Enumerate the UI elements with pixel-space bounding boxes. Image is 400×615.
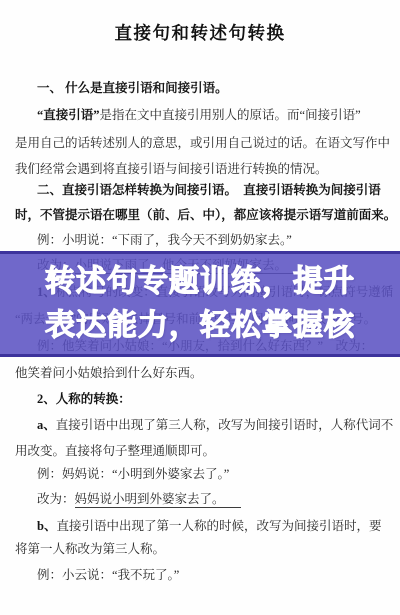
rule2a-letter: a、 bbox=[37, 418, 56, 432]
section2-heading-text: 时，不管提示语在哪里（前、后、中），都应该将提示语写道前面来。 bbox=[15, 208, 396, 222]
section2-heading: 二、直接引语怎样转换为间接引语。 直接引语转换为间接引语 bbox=[15, 177, 381, 203]
banner-caption: 转述句专题训练，提升 表达能力，轻松掌握核 bbox=[0, 254, 400, 348]
doc-line: 是用自己的话转述别人的意思，或引用自己说过的话。在语文写作中 bbox=[15, 130, 390, 156]
underlined-answer: 妈妈说小明到外婆家去了。 bbox=[75, 492, 241, 508]
overlay-caption-banner: 转述句专题训练，提升 表达能力，轻松掌握核 bbox=[0, 251, 400, 357]
example-line-cont: 他笑着问小姑娘拾到什么好东西。 bbox=[15, 360, 203, 386]
rule2b-line-cont: 将第一人称改为第三人称。 bbox=[15, 536, 165, 562]
term-direct-quote: “直接引语” bbox=[37, 108, 100, 122]
doc-line-text: 我们经常会遇到将直接引语与间接引语进行转换的情况。 bbox=[15, 162, 328, 176]
example-line: 例：小明说：“下雨了，我今天不到奶奶家去。” bbox=[15, 227, 292, 253]
answer-line: 改为：妈妈说小明到外婆家去了。 bbox=[15, 486, 241, 512]
banner-caption-line2: 表达能力，轻松掌握核 bbox=[0, 304, 400, 348]
answer-label: 改为： bbox=[37, 492, 75, 506]
rule2a-text: 用改变。直接将句子整理通顺即可。 bbox=[15, 444, 215, 458]
example-text: 例：小明说：“下雨了，我今天不到奶奶家去。” bbox=[37, 233, 292, 247]
rule2b-text: 将第一人称改为第三人称。 bbox=[15, 542, 165, 556]
example-text: 例：妈妈说：“小明到外婆家去了。” bbox=[37, 467, 229, 481]
section1-heading: 一、 什么是直接引语和间接引语。 bbox=[15, 75, 228, 101]
doc-line-text: 是用自己的话转述别人的意思，或引用自己说过的话。在语文写作中 bbox=[15, 136, 390, 150]
rule2a-line: a、直接引语中出现了第三人称，改写为间接引语时，人称代词不 bbox=[15, 412, 393, 438]
rule2b-letter: b、 bbox=[37, 519, 56, 533]
example-line: 例：小云说：“我不玩了。” bbox=[15, 562, 179, 588]
doc-line: “直接引语”是指在文中直接引用别人的原话。而“间接引语” bbox=[15, 102, 361, 128]
rule2-heading: 2、人称的转换： bbox=[15, 386, 131, 412]
rule2b-text: 直接引语中出现了第一人称的时候，改写为间接引语时，要 bbox=[56, 519, 381, 533]
rule2-heading-text: 2、人称的转换： bbox=[37, 392, 131, 406]
example-text: 他笑着问小姑娘拾到什么好东西。 bbox=[15, 366, 203, 380]
document-page: 直接句和转述句转换 一、 什么是直接引语和间接引语。 “直接引语”是指在文中直接… bbox=[0, 0, 400, 615]
section2-heading-text: 二、直接引语怎样转换为间接引语。 直接引语转换为间接引语 bbox=[37, 183, 381, 197]
page-title: 直接句和转述句转换 bbox=[0, 20, 400, 46]
example-text: 例：小云说：“我不玩了。” bbox=[37, 568, 179, 582]
section2-heading-cont: 时，不管提示语在哪里（前、后、中），都应该将提示语写道前面来。 bbox=[15, 202, 396, 228]
rule2a-text: 直接引语中出现了第三人称，改写为间接引语时，人称代词不 bbox=[56, 418, 394, 432]
doc-line-text: 是指在文中直接引用别人的原话。而“间接引语” bbox=[100, 108, 361, 122]
section1-heading-text: 一、 什么是直接引语和间接引语。 bbox=[37, 81, 228, 95]
banner-caption-line1: 转述句专题训练，提升 bbox=[0, 260, 400, 304]
example-line: 例：妈妈说：“小明到外婆家去了。” bbox=[15, 461, 229, 487]
